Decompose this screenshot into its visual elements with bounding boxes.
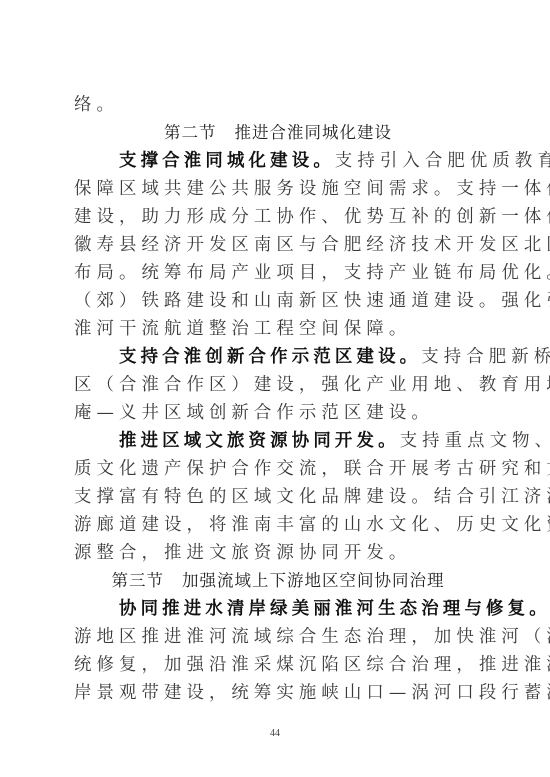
paragraph-lead: 支持合淮创新合作示范区建设。	[119, 347, 421, 367]
body-line: 庵—义井区域创新合作示范区建设。	[74, 399, 482, 427]
section-title: 加强流域上下游地区空间协同治理	[182, 571, 445, 590]
line-text: 支持合肥新桥科技创新示范	[421, 347, 550, 367]
paragraph-start: 协同推进水清岸绿美丽淮河生态治理与修复。协同淮河上下	[74, 595, 482, 623]
line-text: 岸景观带建设，统筹实施峡山口—涡河口段行蓄洪区调整和建设	[74, 683, 550, 703]
line-text: 区（合淮合作区）建设，强化产业用地、教育用地供给，支持曹	[74, 375, 550, 395]
line-text: 游廊道建设，将淮南丰富的山水文化、历史文化资源与合肥市资	[74, 515, 550, 535]
section-number: 第三节	[112, 571, 165, 590]
body-line: 徽寿县经济开发区南区与合肥经济技术开发区北区空间一体化	[74, 231, 482, 259]
body-line: 络。	[74, 91, 482, 119]
line-text: 统修复，加强沿淮采煤沉陷区综合治理，推进淮河（淮南段）两	[74, 655, 550, 675]
document-page: 络。 第二节推进合淮同城化建设 支撑合淮同城化建设。支持引入合肥优质教育、医疗资…	[0, 0, 550, 777]
body-line: 游地区推进淮河流域综合生态治理，加快淮河（淮南段）生态系	[74, 623, 482, 651]
section-heading-2: 第二节推进合淮同城化建设	[74, 119, 482, 147]
body-line: 淮河干流航道整治工程空间保障。	[74, 315, 482, 343]
body-line: 源整合，推进文旅资源协同开发。	[74, 539, 482, 567]
line-text: 淮河干流航道整治工程空间保障。	[74, 319, 411, 339]
body-line: 建设，助力形成分工协作、优势互补的创新一体化格局。支持安	[74, 203, 482, 231]
page-number: 44	[0, 728, 550, 739]
section-title: 推进合淮同城化建设	[235, 123, 393, 142]
line-text: 支持引入合肥优质教育、医疗资源，	[335, 151, 550, 171]
paragraph-start: 支持合淮创新合作示范区建设。支持合肥新桥科技创新示范	[74, 343, 482, 371]
line-text: 源整合，推进文旅资源协同开发。	[74, 543, 411, 563]
body-line: 保障区域共建公共服务设施空间需求。支持一体化合淮产业走廊	[74, 175, 482, 203]
body-line: 布局。统筹布局产业项目，支持产业链布局优化。保障合淮市域	[74, 259, 482, 287]
body-line: 统修复，加强沿淮采煤沉陷区综合治理，推进淮河（淮南段）两	[74, 651, 482, 679]
section-number: 第二节	[164, 123, 217, 142]
line-text: 布局。统筹布局产业项目，支持产业链布局优化。保障合淮市域	[74, 263, 550, 283]
page-content: 络。 第二节推进合淮同城化建设 支撑合淮同城化建设。支持引入合肥优质教育、医疗资…	[74, 91, 482, 707]
section-heading-3: 第三节加强流域上下游地区空间协同治理	[74, 567, 482, 595]
paragraph-lead: 协同推进水清岸绿美丽淮河生态治理与修复。	[119, 599, 550, 619]
line-text: 支撑富有特色的区域文化品牌建设。结合引江济淮、淮河文化旅	[74, 487, 550, 507]
line-text: 保障区域共建公共服务设施空间需求。支持一体化合淮产业走廊	[74, 179, 550, 199]
line-text: 徽寿县经济开发区南区与合肥经济技术开发区北区空间一体化	[74, 235, 550, 255]
line-text: 庵—义井区域创新合作示范区建设。	[74, 403, 434, 423]
body-line: （郊）铁路建设和山南新区快速通道建设。强化引江济淮航运、	[74, 287, 482, 315]
line-text: 建设，助力形成分工协作、优势互补的创新一体化格局。支持安	[74, 207, 550, 227]
body-line: 支撑富有特色的区域文化品牌建设。结合引江济淮、淮河文化旅	[74, 483, 482, 511]
line-text: 质文化遗产保护合作交流，联合开展考古研究和文化遗产保护，	[74, 459, 550, 479]
line-text: 游地区推进淮河流域综合生态治理，加快淮河（淮南段）生态系	[74, 627, 550, 647]
paragraph-lead: 支撑合淮同城化建设。	[119, 151, 335, 171]
paragraph-start: 支撑合淮同城化建设。支持引入合肥优质教育、医疗资源，	[74, 147, 482, 175]
line-text: 络。	[74, 95, 119, 115]
body-line: 游廊道建设，将淮南丰富的山水文化、历史文化资源与合肥市资	[74, 511, 482, 539]
body-line: 岸景观带建设，统筹实施峡山口—涡河口段行蓄洪区调整和建设	[74, 679, 482, 707]
line-text: 支持重点文物、古建筑、非物	[400, 431, 550, 451]
paragraph-start: 推进区域文旅资源协同开发。支持重点文物、古建筑、非物	[74, 427, 482, 455]
paragraph-lead: 推进区域文旅资源协同开发。	[119, 431, 400, 451]
body-line: 质文化遗产保护合作交流，联合开展考古研究和文化遗产保护，	[74, 455, 482, 483]
line-text: （郊）铁路建设和山南新区快速通道建设。强化引江济淮航运、	[74, 291, 550, 311]
body-line: 区（合淮合作区）建设，强化产业用地、教育用地供给，支持曹	[74, 371, 482, 399]
